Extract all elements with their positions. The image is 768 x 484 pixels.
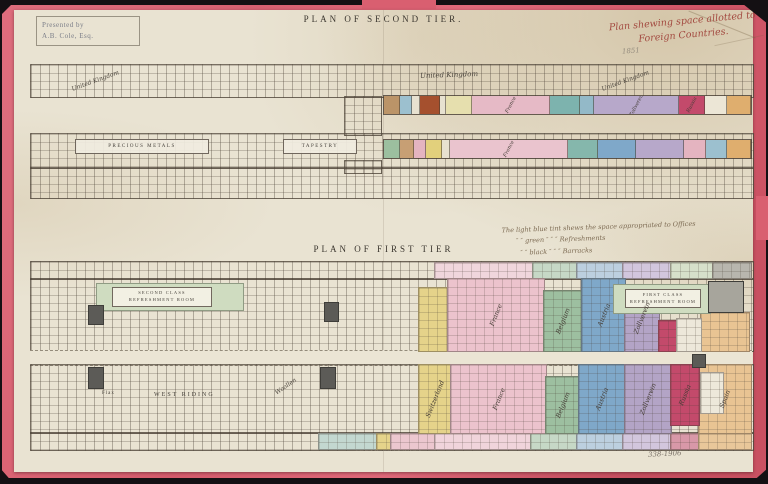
- presentation-stamp: Presented by A.B. Cole, Esq.: [36, 16, 140, 46]
- gallery-tint-segment: [698, 433, 752, 450]
- strip-segment: [636, 140, 684, 158]
- strip-segment: [598, 140, 636, 158]
- gallery-tint-segment: [318, 433, 378, 450]
- gallery-tint-segment: [530, 433, 578, 450]
- mount-tab-top: [362, 0, 436, 9]
- gallery-tint-segment: [576, 262, 624, 279]
- country-block: [418, 287, 449, 352]
- gallery-tint-segment: [434, 433, 532, 450]
- gallery-tint-segment: [434, 262, 534, 279]
- barrack-block: [708, 281, 744, 313]
- strip-segment: [727, 140, 751, 158]
- room-label-line: REFRESHMENT ROOM: [630, 299, 696, 306]
- country-block-russia: Russia: [670, 364, 700, 426]
- stamp-line2: A.B. Cole, Esq.: [42, 31, 134, 42]
- room-label-line: REFRESHMENT ROOM: [129, 297, 195, 304]
- plan-label: WEST RIDING: [154, 392, 215, 398]
- country-block: [700, 312, 750, 352]
- barrack-block: [320, 367, 336, 389]
- strip-segment-zollverein: Zollverein: [594, 96, 679, 114]
- gallery-connector: [344, 96, 382, 136]
- gallery-tint-segment: [576, 433, 624, 450]
- barrack-block: [88, 305, 104, 325]
- plan-label: Flax: [102, 391, 115, 396]
- strip-segment: [568, 140, 598, 158]
- strip-segment: [550, 96, 580, 114]
- country-block: [700, 372, 724, 414]
- strip-segment: [727, 96, 751, 114]
- colour-key-note: The light blue tint shews the space appr…: [501, 219, 696, 260]
- barrack-block: [692, 354, 706, 368]
- strip-segment: [426, 140, 442, 158]
- strip-segment: [706, 140, 727, 158]
- plan-label-box: TAPESTRY: [283, 139, 357, 154]
- mount-tab-right: [756, 196, 768, 240]
- country-block: [676, 318, 702, 352]
- strip-segment-france: France: [450, 140, 568, 158]
- room-label-line: SECOND CLASS: [138, 290, 186, 297]
- accession-number: 338-1906: [648, 449, 682, 459]
- strip-segment: [446, 96, 472, 114]
- first-class-refreshment-room-label: FIRST CLASSREFRESHMENT ROOM: [625, 289, 701, 308]
- barrack-block: [88, 367, 104, 389]
- gallery-connector: [344, 160, 382, 174]
- country-block-austria: Austria: [578, 364, 626, 434]
- strip-segment: [412, 96, 420, 114]
- second-tier-lower-gallery-band: [30, 167, 754, 199]
- gallery-tint-segment: [670, 262, 714, 279]
- gallery-tint-segment: [670, 433, 700, 450]
- strip-segment: [420, 96, 440, 114]
- barrack-block: [324, 302, 339, 322]
- gallery-tint-segment: [622, 262, 672, 279]
- gallery-tint-segment: [622, 433, 672, 450]
- scanned-plan-photograph: { "document": { "stamp": {"line1": "Pres…: [0, 0, 768, 484]
- pencil-note: 1851: [622, 46, 640, 55]
- country-block-switzerland: Switzerland: [418, 364, 452, 434]
- gallery-tint-segment: [532, 262, 578, 279]
- gallery-tint-segment: [390, 433, 436, 450]
- strip-segment: [684, 140, 706, 158]
- country-block-france: France: [447, 278, 545, 352]
- strip-segment: [580, 96, 594, 114]
- country-block: [658, 320, 678, 352]
- strip-segment: [400, 96, 412, 114]
- plan-label-box: PRECIOUS METALS: [75, 139, 209, 154]
- strip-segment: [384, 140, 400, 158]
- plan-paper-sheet: PLAN OF SECOND TIER. PLAN OF FIRST TIER …: [14, 10, 753, 472]
- second-tier-upper-country-strip: FranceZollvereinRussia: [383, 95, 752, 115]
- room-label-line: FIRST CLASS: [643, 292, 684, 299]
- strip-segment: [400, 140, 414, 158]
- strip-segment: [414, 140, 426, 158]
- strip-segment: [442, 140, 450, 158]
- second-class-refreshment-room-label: SECOND CLASSREFRESHMENT ROOM: [112, 287, 212, 307]
- second-tier-middle-country-strip: France: [383, 139, 752, 159]
- country-block-belgium: Belgium: [543, 290, 583, 352]
- stamp-line1: Presented by: [42, 20, 134, 31]
- country-block-zollverein: Zollverein: [624, 364, 672, 434]
- country-block-belgium: Belgium: [545, 376, 580, 434]
- strip-segment-france: France: [472, 96, 550, 114]
- gallery-tint-segment: [712, 262, 752, 279]
- strip-segment: [705, 96, 727, 114]
- strip-segment-russia: Russia: [679, 96, 705, 114]
- strip-segment: [384, 96, 400, 114]
- country-block-france: France: [450, 364, 547, 434]
